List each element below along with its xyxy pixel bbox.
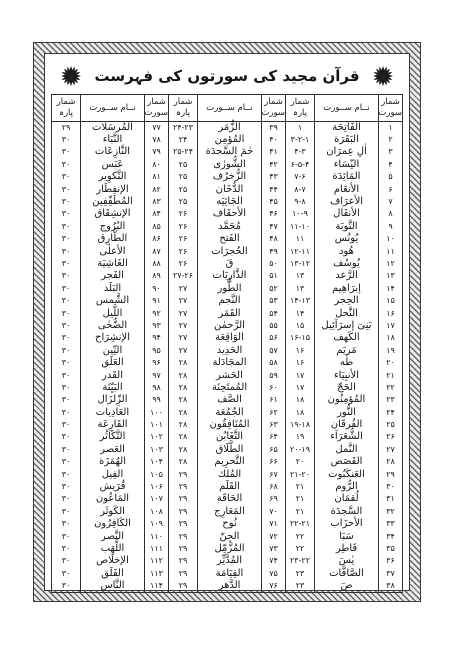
para-number-cell: ۳۰: [52, 233, 81, 245]
surah-number-cell: ۸۶: [145, 233, 169, 245]
para-number-cell: ۲۹: [169, 481, 198, 493]
surah-number-cell: ۳۵: [379, 543, 403, 555]
surah-number-cell: ۴۸: [262, 233, 286, 245]
para-number-cell: ۲۹: [169, 568, 198, 580]
surah-name-cell: الدُّخَان: [198, 183, 262, 195]
para-number-cell: ۳۰: [52, 493, 81, 505]
surah-number-cell: ۱۱: [379, 245, 403, 257]
surah-name-cell: الإخلَاص: [81, 555, 145, 567]
surah-number-cell: ۲۱: [379, 369, 403, 381]
surah-number-cell: ۵۳: [262, 295, 286, 307]
para-number-cell: ۳۰: [52, 444, 81, 456]
table-row: ۲۶الشُّعَرَآء۱۹۶۴التَّغَابُن۲۸۱۰۲التَّکَ…: [52, 431, 403, 443]
table-row: ۳۵فَاطِر۲۲۷۳المُزَّمِّل۲۹۱۱۱اللَّهَب۳۰: [52, 543, 403, 555]
surah-number-cell: ۲: [379, 134, 403, 146]
para-number-cell: ۲۷: [169, 320, 198, 332]
surah-number-cell: ۱: [379, 122, 403, 134]
surah-name-cell: إبرَاهِیم: [315, 283, 379, 295]
surah-name-cell: بَنِیٓ إسرَآئِیل: [315, 320, 379, 332]
surah-name-cell: الصَّافَّات: [315, 568, 379, 580]
surah-name-cell: المُدَّثِّر: [198, 555, 262, 567]
para-number-cell: ۱۶: [286, 345, 315, 357]
para-number-cell: ۳۰: [52, 568, 81, 580]
table-row: ۱۶النَّحل۱۴۵۴القَمَر۲۷۹۲اللَّیل۳۰: [52, 307, 403, 319]
para-number-cell: ۳-۲-۱: [286, 134, 315, 146]
table-row: ۳۰الرُّوم۲۱۶۸القَلَم۲۹۱۰۶قُرَیش۳۰: [52, 481, 403, 493]
para-number-cell: ۲۹: [169, 518, 198, 530]
surah-name-cell: الزُّمَر: [198, 122, 262, 134]
surah-name-cell: الرُّوم: [315, 481, 379, 493]
table-row: ۸الأنفَال۱۰-۹۴۶الأحقَاف۲۶۸۴الإنشِقَاق۳۰: [52, 208, 403, 220]
surah-number-cell: ۳۲: [379, 506, 403, 518]
surah-number-cell: ۷۵: [262, 568, 286, 580]
surah-number-cell: ۷۲: [262, 530, 286, 542]
surah-name-cell: الفَجر: [81, 270, 145, 282]
table-row: ۱۲یُوسُف۱۳-۱۲۵۰قٓ۲۶۸۸الغَاشِیَة۳۰: [52, 258, 403, 270]
surah-number-cell: ۶۸: [262, 481, 286, 493]
surah-number-cell: ۷۳: [262, 543, 286, 555]
para-number-cell: ۲۳: [286, 568, 315, 580]
surah-number-cell: ۵۴: [262, 307, 286, 319]
surah-number-cell: ۳: [379, 146, 403, 158]
para-number-cell: ۳۰: [52, 245, 81, 257]
surah-number-cell: ۹۲: [145, 307, 169, 319]
table-row: ۲البَقَرَة۳-۲-۱۴۰المُؤمِن۲۴۷۸النَّبَاء۳۰: [52, 134, 403, 146]
surah-name-cell: عَبَس: [81, 159, 145, 171]
surah-number-cell: ۷۸: [145, 134, 169, 146]
surah-number-cell: ۹۷: [145, 369, 169, 381]
surah-name-cell: البَقَرَة: [315, 134, 379, 146]
para-number-cell: ۳۰: [52, 295, 81, 307]
surah-number-cell: ۱۰۱: [145, 419, 169, 431]
para-number-cell: ۱۲-۱۱: [286, 245, 315, 257]
surah-name-cell: مَریَم: [315, 345, 379, 357]
surah-name-cell: القَارِعَة: [81, 419, 145, 431]
surah-name-cell: الطَّارِق: [81, 233, 145, 245]
table-row: ۳اٰلِ عِمرَان۴-۳۴۱حٰمٓ السَّجدَة۲۵-۲۴۷۹ا…: [52, 146, 403, 158]
para-number-cell: ۳۰: [52, 183, 81, 195]
surah-name-cell: المُؤمِنُون: [315, 394, 379, 406]
surah-name-cell: الرَّحمٰن: [198, 320, 262, 332]
surah-number-cell: ۶۳: [262, 419, 286, 431]
surah-name-cell: الطَّلَاق: [198, 444, 262, 456]
surah-name-cell: المُلك: [198, 468, 262, 480]
para-number-cell: ۲۹: [52, 122, 81, 134]
para-number-cell: ۹-۸: [286, 196, 315, 208]
surah-number-cell: ۵۷: [262, 345, 286, 357]
para-number-cell: ۲۹: [169, 580, 198, 592]
surah-name-cell: الشَّمس: [81, 295, 145, 307]
surah-name-cell: المُنَافِقُون: [198, 419, 262, 431]
surah-name-cell: المُطَفِّفِین: [81, 196, 145, 208]
surah-name-cell: النَّبَاء: [81, 134, 145, 146]
surah-name-cell: الإنشِرَاح: [81, 332, 145, 344]
para-number-cell: ۳۰: [52, 518, 81, 530]
para-number-cell: ۱۳: [286, 283, 315, 295]
para-number-cell: ۳۰: [52, 506, 81, 518]
surah-number-cell: ۸۷: [145, 245, 169, 257]
table-row: ۳۲السَّجدَة۲۱۷۰المَعَارِج۲۹۱۰۸الکَوثَر۳۰: [52, 506, 403, 518]
surah-name-cell: سَبَا: [315, 530, 379, 542]
surah-number-cell: ۱۶: [379, 307, 403, 319]
surah-number-cell: ۱۰۰: [145, 406, 169, 418]
para-number-cell: ۳۰: [52, 270, 81, 282]
surah-number-cell: ۶۶: [262, 456, 286, 468]
para-number-cell: ۲۸: [169, 419, 198, 431]
header-para-number: شمارپارہ: [286, 95, 315, 122]
surah-name-cell: حٰمٓ السَّجدَة: [198, 146, 262, 158]
surah-number-cell: ۶۲: [262, 406, 286, 418]
surah-number-cell: ۲۴: [379, 406, 403, 418]
para-number-cell: ۲۸: [169, 369, 198, 381]
surah-number-cell: ۸۸: [145, 258, 169, 270]
surah-number-cell: ۴۵: [262, 196, 286, 208]
para-number-cell: ۱۶: [286, 357, 315, 369]
surah-number-cell: ۳۱: [379, 493, 403, 505]
surah-name-cell: الشُّعَرَآء: [315, 431, 379, 443]
surah-number-cell: ۵۶: [262, 332, 286, 344]
surah-name-cell: التَّحرِیم: [198, 456, 262, 468]
surah-name-cell: الإنشِقَاق: [81, 208, 145, 220]
surah-name-cell: العَصر: [81, 444, 145, 456]
surah-name-cell: صٓ: [315, 580, 379, 592]
para-number-cell: ۳۰: [52, 258, 81, 270]
surah-name-cell: العَنکَبُوت: [315, 468, 379, 480]
surah-name-cell: التَّکَاثُر: [81, 431, 145, 443]
surah-number-cell: ۴۴: [262, 183, 286, 195]
surah-number-cell: ۶۹: [262, 493, 286, 505]
surah-number-cell: ۹۴: [145, 332, 169, 344]
surah-number-cell: ۹: [379, 221, 403, 233]
table-row: ۱۹مَریَم۱۶۵۷الحَدِید۲۷۹۵التِّین۳۰: [52, 345, 403, 357]
table-row: ۱۸الکَهف۱۶-۱۵۵۶الوَاقِعَة۲۷۹۴الإنشِرَاح۳…: [52, 332, 403, 344]
para-number-cell: ۱۵: [286, 320, 315, 332]
para-number-cell: ۱۹: [286, 431, 315, 443]
surah-name-cell: الأعلٰی: [81, 245, 145, 257]
surah-name-cell: الصَّف: [198, 394, 262, 406]
header-surah-name: نــام ســورت: [198, 95, 262, 122]
surah-number-cell: ۱۱۱: [145, 543, 169, 555]
surah-name-cell: البُرُوج: [81, 221, 145, 233]
surah-name-cell: التَّوبَة: [315, 221, 379, 233]
para-number-cell: ۲۸: [169, 382, 198, 394]
para-number-cell: ۲۲: [286, 530, 315, 542]
surah-name-cell: الزِّلزَال: [81, 394, 145, 406]
rosette-icon: [372, 65, 394, 87]
table-row: ۷الأعرَاف۹-۸۴۵الجَاثِیَه۲۵۸۳المُطَفِّفِی…: [52, 196, 403, 208]
surah-name-cell: التِّین: [81, 345, 145, 357]
surah-number-cell: ۳۸: [379, 580, 403, 592]
surah-number-cell: ۱۹: [379, 345, 403, 357]
surah-name-cell: البَیِّنَة: [81, 382, 145, 394]
surah-number-cell: ۳۰: [379, 481, 403, 493]
para-number-cell: ۲۳-۲۲: [286, 555, 315, 567]
surah-number-cell: ۴۶: [262, 208, 286, 220]
surah-number-cell: ۸۱: [145, 171, 169, 183]
surah-number-cell: ۱۰۵: [145, 468, 169, 480]
table-row: ۱۵الحِجر۱۴-۱۳۵۳النَّجم۲۷۹۱الشَّمس۳۰: [52, 295, 403, 307]
para-number-cell: ۲۲-۲۱: [286, 518, 315, 530]
surah-name-cell: لُقمَان: [315, 493, 379, 505]
para-number-cell: ۲۱: [286, 481, 315, 493]
surah-number-cell: ۱۰۷: [145, 493, 169, 505]
table-row: ۲۹العَنکَبُوت۲۱-۲۰۶۷المُلك۲۹۱۰۵الفِیل۳۰: [52, 468, 403, 480]
surah-name-cell: القَمَر: [198, 307, 262, 319]
surah-name-cell: الذَّارِیَات: [198, 270, 262, 282]
para-number-cell: ۸-۷: [286, 183, 315, 195]
surah-number-cell: ۵۵: [262, 320, 286, 332]
surah-number-cell: ۸۳: [145, 196, 169, 208]
surah-name-cell: قُرَیش: [81, 481, 145, 493]
surah-number-cell: ۸۴: [145, 208, 169, 220]
para-number-cell: ۳۰: [52, 307, 81, 319]
surah-index-table: شمارسورت نــام ســورت شمارپارہ شمارسورت …: [51, 94, 403, 593]
para-number-cell: ۲۷: [169, 345, 198, 357]
surah-name-cell: الفَاتِحَة: [315, 122, 379, 134]
para-number-cell: ۱۸: [286, 406, 315, 418]
para-number-cell: ۳۰: [52, 481, 81, 493]
surah-number-cell: ۹۸: [145, 382, 169, 394]
para-number-cell: ۲۹: [169, 506, 198, 518]
surah-number-cell: ۸۲: [145, 183, 169, 195]
para-number-cell: ۳۰: [52, 543, 81, 555]
surah-name-cell: القَلَم: [198, 481, 262, 493]
surah-name-cell: الجَاثِیَه: [198, 196, 262, 208]
para-number-cell: ۳۰: [52, 456, 81, 468]
surah-name-cell: القِیَامَة: [198, 568, 262, 580]
surah-name-cell: الکَوثَر: [81, 506, 145, 518]
table-row: ۴النِّسَاء۶-۵-۴۴۲الشُّورٰی۲۵۸۰عَبَس۳۰: [52, 159, 403, 171]
surah-number-cell: ۹۵: [145, 345, 169, 357]
para-number-cell: ۳۰: [52, 369, 81, 381]
surah-number-cell: ۱۰۴: [145, 456, 169, 468]
surah-number-cell: ۱۰۳: [145, 444, 169, 456]
surah-name-cell: الإنفِطَار: [81, 183, 145, 195]
surah-name-cell: المجَادَلة: [198, 357, 262, 369]
surah-number-cell: ۱۱۳: [145, 568, 169, 580]
surah-number-cell: ۳۴: [379, 530, 403, 542]
para-number-cell: ۳۰: [52, 382, 81, 394]
surah-name-cell: النَّمل: [315, 444, 379, 456]
surah-number-cell: ۵۰: [262, 258, 286, 270]
surah-number-cell: ۱۱۴: [145, 580, 169, 592]
surah-name-cell: اٰلِ عِمرَان: [315, 146, 379, 158]
surah-name-cell: الحَجّ: [315, 382, 379, 394]
para-number-cell: ۳۰: [52, 221, 81, 233]
surah-number-cell: ۲۶: [379, 431, 403, 443]
para-number-cell: ۳۰: [52, 468, 81, 480]
para-number-cell: ۲۹: [169, 468, 198, 480]
para-number-cell: ۲۳: [286, 580, 315, 592]
surah-number-cell: ۶۷: [262, 468, 286, 480]
surah-number-cell: ۹۳: [145, 320, 169, 332]
para-number-cell: ۳۰: [52, 394, 81, 406]
surah-name-cell: الفَلَق: [81, 568, 145, 580]
surah-number-cell: ۲۹: [379, 468, 403, 480]
surah-name-cell: التَّغَابُن: [198, 431, 262, 443]
surah-number-cell: ۲۵: [379, 419, 403, 431]
surah-number-cell: ۱۰۹: [145, 518, 169, 530]
surah-number-cell: ۵۲: [262, 283, 286, 295]
table-row: ۹التَّوبَة۱۱-۱۰۴۷مُحَمَّد۲۶۸۵البُرُوج۳۰: [52, 221, 403, 233]
para-number-cell: ۲۸: [169, 456, 198, 468]
surah-name-cell: العَادِیات: [81, 406, 145, 418]
surah-name-cell: النَّحل: [315, 307, 379, 319]
surah-name-cell: الحُجرَات: [198, 245, 262, 257]
para-number-cell: ۲۹: [169, 555, 198, 567]
surah-number-cell: ۴۳: [262, 171, 286, 183]
table-row: ۱۴إبرَاهِیم۱۳۵۲الطُّور۲۷۹۰البَلَد۳۰: [52, 283, 403, 295]
para-number-cell: ۲۵: [169, 171, 198, 183]
para-number-cell: ۱۰-۹: [286, 208, 315, 220]
para-number-cell: ۶-۵-۴: [286, 159, 315, 171]
surah-number-cell: ۱۰۸: [145, 506, 169, 518]
surah-number-cell: ۶۵: [262, 444, 286, 456]
table-row: ۳۱لُقمَان۲۱۶۹الحَاقَة۲۹۱۰۷المَاعُون۳۰: [52, 493, 403, 505]
surah-name-cell: السَّجدَة: [315, 506, 379, 518]
para-number-cell: ۲۵-۲۴: [169, 146, 198, 158]
surah-name-cell: الأعرَاف: [315, 196, 379, 208]
surah-name-cell: یُونُس: [315, 233, 379, 245]
surah-name-cell: النِّسَاء: [315, 159, 379, 171]
surah-name-cell: الغَاشِیَة: [81, 258, 145, 270]
para-number-cell: ۱۱: [286, 233, 315, 245]
surah-number-cell: ۱۲: [379, 258, 403, 270]
header-surah-number: شمارسورت: [379, 95, 403, 122]
surah-number-cell: ۶: [379, 183, 403, 195]
para-number-cell: ۱۳: [286, 270, 315, 282]
para-number-cell: ۱۱-۱۰: [286, 221, 315, 233]
surah-number-cell: ۸: [379, 208, 403, 220]
header-para-number: شمارپارہ: [52, 95, 81, 122]
surah-name-cell: یُوسُف: [315, 258, 379, 270]
surah-name-cell: الوَاقِعَة: [198, 332, 262, 344]
surah-name-cell: المُؤمِن: [198, 134, 262, 146]
header-surah-number: شمارسورت: [262, 95, 286, 122]
table-row: ۱الفَاتِحَة۱۳۹الزُّمَر۲۴-۲۳۷۷المُرسَلات۲…: [52, 122, 403, 134]
surah-name-cell: الهُمَزَة: [81, 456, 145, 468]
para-number-cell: ۱۴-۱۳: [286, 295, 315, 307]
para-number-cell: ۲۶: [169, 221, 198, 233]
surah-number-cell: ۴۱: [262, 146, 286, 158]
para-number-cell: ۱: [286, 122, 315, 134]
para-number-cell: ۲۷: [169, 283, 198, 295]
surah-name-cell: العَلَق: [81, 357, 145, 369]
surah-name-cell: الدَّهر: [198, 580, 262, 592]
surah-number-cell: ۴۰: [262, 134, 286, 146]
surah-name-cell: التَّکوِیر: [81, 171, 145, 183]
para-number-cell: ۲۱: [286, 493, 315, 505]
surah-name-cell: النَّجم: [198, 295, 262, 307]
para-number-cell: ۲۸: [169, 431, 198, 443]
para-number-cell: ۲۴: [169, 134, 198, 146]
rosette-icon: [60, 65, 82, 87]
para-number-cell: ۲۸: [169, 406, 198, 418]
surah-number-cell: ۱۴: [379, 283, 403, 295]
surah-number-cell: ۵۸: [262, 357, 286, 369]
surah-number-cell: ۹۶: [145, 357, 169, 369]
table-row: ۲۱الأنبِیَاء۱۷۵۹الحَشر۲۸۹۷القَدر۳۰: [52, 369, 403, 381]
surah-number-cell: ۳۹: [262, 122, 286, 134]
table-row: ۲۵الفُرقَان۱۹-۱۸۶۳المُنَافِقُون۲۸۱۰۱القَ…: [52, 419, 403, 431]
surah-name-cell: النُّور: [315, 406, 379, 418]
table-row: ۲۰طٰه۱۶۵۸المجَادَلة۲۸۹۶العَلَق۳۰: [52, 357, 403, 369]
surah-number-cell: ۸۵: [145, 221, 169, 233]
table-row: ۲۳المُؤمِنُون۱۸۶۱الصَّف۲۸۹۹الزِّلزَال۳۰: [52, 394, 403, 406]
surah-number-cell: ۱۵: [379, 295, 403, 307]
surah-name-cell: مُحَمَّد: [198, 221, 262, 233]
para-number-cell: ۳۰: [52, 406, 81, 418]
surah-number-cell: ۲۸: [379, 456, 403, 468]
para-number-cell: ۲۰-۱۹: [286, 444, 315, 456]
surah-name-cell: الفَتح: [198, 233, 262, 245]
surah-name-cell: الشُّورٰی: [198, 159, 262, 171]
surah-name-cell: الرَّعد: [315, 270, 379, 282]
page-inner: قرآن مجید کی سورتوں کی فہرست: [44, 53, 410, 591]
ornament-border-frame: قرآن مجید کی سورتوں کی فہرست: [33, 42, 421, 602]
table-row: ۳۴سَبَا۲۲۷۲الجِنّ۲۹۱۱۰النَّصر۳۰: [52, 530, 403, 542]
surah-name-cell: الحَاقَة: [198, 493, 262, 505]
surah-number-cell: ۷۹: [145, 146, 169, 158]
surah-number-cell: ۳۷: [379, 568, 403, 580]
para-number-cell: ۳۰: [52, 134, 81, 146]
surah-name-cell: اللَّیل: [81, 307, 145, 319]
para-number-cell: ۲۴-۲۳: [169, 122, 198, 134]
table-row: ۲۲الحَجّ۱۷۶۰المُمتَحِنَة۲۸۹۸البَیِّنَة۳۰: [52, 382, 403, 394]
surah-number-cell: ۴: [379, 159, 403, 171]
table-row: ۲۴النُّور۱۸۶۲الجُمُعَة۲۸۱۰۰العَادِیات۳۰: [52, 406, 403, 418]
surah-number-cell: ۸۹: [145, 270, 169, 282]
surah-number-cell: ۶۴: [262, 431, 286, 443]
surah-number-cell: ۱۱۲: [145, 555, 169, 567]
surah-number-cell: ۱۸: [379, 332, 403, 344]
surah-name-cell: نُوح: [198, 518, 262, 530]
para-number-cell: ۳۰: [52, 283, 81, 295]
para-number-cell: ۳۰: [52, 159, 81, 171]
para-number-cell: ۱۴: [286, 307, 315, 319]
para-number-cell: ۲۸: [169, 394, 198, 406]
scanned-page: { "page": { "title": "قرآن مجید کی سورتو…: [0, 0, 454, 650]
surah-name-cell: الضُّحٰی: [81, 320, 145, 332]
surah-number-cell: ۶۱: [262, 394, 286, 406]
table-row: ۱۰یُونُس۱۱۴۸الفَتح۲۶۸۶الطَّارِق۳۰: [52, 233, 403, 245]
para-number-cell: ۳۰: [52, 419, 81, 431]
table-row: ۵المَائِدَة۷-۶۴۳الزُّخرُف۲۵۸۱التَّکوِیر۳…: [52, 171, 403, 183]
para-number-cell: ۲۱-۲۰: [286, 468, 315, 480]
para-number-cell: ۲۷: [169, 332, 198, 344]
para-number-cell: ۱۳-۱۲: [286, 258, 315, 270]
header-para-number: شمارپارہ: [169, 95, 198, 122]
surah-name-cell: فَاطِر: [315, 543, 379, 555]
surah-name-cell: الأحقَاف: [198, 208, 262, 220]
para-number-cell: ۳۰: [52, 357, 81, 369]
para-number-cell: ۳۰: [52, 196, 81, 208]
surah-name-cell: المُمتَحِنَة: [198, 382, 262, 394]
para-number-cell: ۲۸: [169, 357, 198, 369]
surah-number-cell: ۴۷: [262, 221, 286, 233]
para-number-cell: ۱۹-۱۸: [286, 419, 315, 431]
surah-number-cell: ۵۱: [262, 270, 286, 282]
surah-name-cell: الفِیل: [81, 468, 145, 480]
surah-name-cell: الفُرقَان: [315, 419, 379, 431]
para-number-cell: ۷-۶: [286, 171, 315, 183]
surah-name-cell: الحَدِید: [198, 345, 262, 357]
surah-number-cell: ۷۷: [145, 122, 169, 134]
surah-name-cell: الحِجر: [315, 295, 379, 307]
page-title: قرآن مجید کی سورتوں کی فہرست: [94, 67, 359, 85]
surah-number-cell: ۸۰: [145, 159, 169, 171]
surah-number-cell: ۷: [379, 196, 403, 208]
